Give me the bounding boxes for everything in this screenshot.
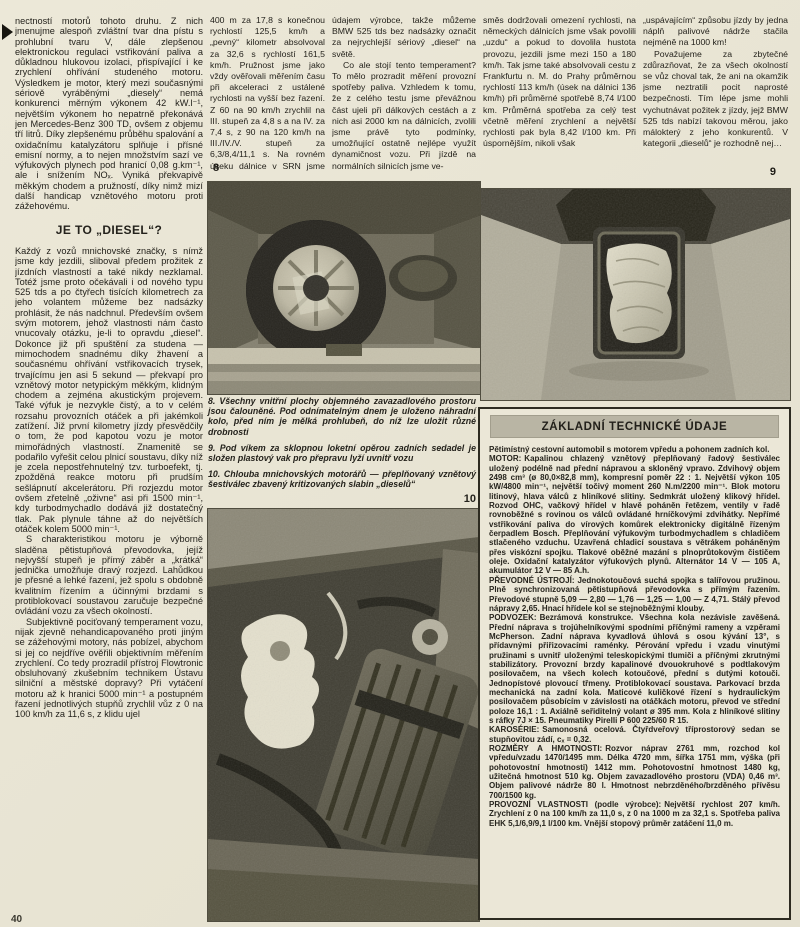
tech-section-karoserie: KAROSÉRIE:Samonosná ocelová. Čtyřdveřový… bbox=[489, 725, 780, 744]
tech-text: Kapalinou chlazený vznětový přeplňovaný … bbox=[489, 454, 780, 575]
body-paragraph: Považujeme za zbytečné zdůrazňovat, že z… bbox=[643, 49, 788, 150]
technical-data-title: ZÁKLADNÍ TECHNICKÉ ÚDAJE bbox=[490, 415, 779, 438]
photo-10-engine-bay bbox=[207, 508, 480, 922]
tech-label: PŘEVODNÉ ÚSTROJÍ: bbox=[489, 576, 574, 585]
magazine-page: ▶ nectností motorů tohoto druhu. Z nich … bbox=[0, 0, 800, 927]
technical-data-body: Pětimístný cestovní automobil s motorem … bbox=[489, 445, 780, 828]
technical-data-box: ZÁKLADNÍ TECHNICKÉ ÚDAJE Pětimístný cest… bbox=[478, 407, 791, 920]
tech-text: Bezrámová konstrukce. Všechna kola nezáv… bbox=[489, 613, 780, 725]
tech-intro: Pětimístný cestovní automobil s motorem … bbox=[489, 445, 780, 454]
photo-9-ski-sack bbox=[480, 188, 791, 401]
caption-photo-9: 9. Pod víkem za sklopnou loketní opěrou … bbox=[208, 443, 476, 463]
photo-captions: 8. Všechny vnitřní plochy objemného zava… bbox=[208, 396, 476, 504]
tech-label: MOTOR: bbox=[489, 454, 521, 463]
tech-label: ROZMĚRY A HMOTNOSTI: bbox=[489, 744, 602, 753]
body-paragraph: S charakteristikou motoru je výborně sla… bbox=[15, 534, 203, 616]
body-paragraph: Subjektivně pociťovaný temperament vozu,… bbox=[15, 617, 203, 720]
tech-section-rozmery: ROZMĚRY A HMOTNOSTI:Rozvor náprav 2761 m… bbox=[489, 744, 780, 800]
caption-photo-8: 8. Všechny vnitřní plochy objemného zava… bbox=[208, 396, 476, 437]
tech-section-motor: MOTOR:Kapalinou chlazený vznětový přeplň… bbox=[489, 454, 780, 575]
article-column-2: 400 m za 17,8 s konečnou rychlostí 125,5… bbox=[210, 15, 325, 173]
body-paragraph: nectností motorů tohoto druhu. Z nich jm… bbox=[15, 16, 203, 212]
article-column-4: směs dodržovali omezení rychlosti, na ně… bbox=[483, 15, 636, 187]
body-paragraph: 400 m za 17,8 s konečnou rychlostí 125,5… bbox=[210, 15, 325, 173]
photo-8-trunk-spare-wheel bbox=[207, 181, 481, 395]
tech-label: KAROSÉRIE: bbox=[489, 725, 539, 734]
article-column-5: „uspávajícím“ způsobu jízdy by jedna náp… bbox=[643, 15, 788, 165]
tech-label: PROVOZNÍ VLASTNOSTI (podle výrobce): bbox=[489, 800, 661, 809]
body-paragraph: Každý z vozů mnichovské značky, s nímž j… bbox=[15, 246, 203, 534]
tech-section-podvozek: PODVOZEK:Bezrámová konstrukce. Všechna k… bbox=[489, 613, 780, 725]
photo-9-number: 9 bbox=[643, 166, 776, 178]
section-heading: JE TO „DIESEL“? bbox=[15, 225, 203, 235]
continuation-arrow-icon: ▶ bbox=[2, 24, 13, 40]
body-paragraph: směs dodržovali omezení rychlosti, na ně… bbox=[483, 15, 636, 149]
photo-9-image bbox=[480, 188, 791, 401]
article-column-1: nectností motorů tohoto druhu. Z nich jm… bbox=[15, 16, 203, 914]
photo-10-image bbox=[207, 508, 480, 922]
photo-8-number: 8 bbox=[213, 162, 219, 174]
caption-photo-10: 10. Chlouba mnichovských motorářů — přep… bbox=[208, 469, 476, 489]
tech-section-provozni: PROVOZNÍ VLASTNOSTI (podle výrobce):Nejv… bbox=[489, 800, 780, 828]
tech-label: PODVOZEK: bbox=[489, 613, 537, 622]
body-paragraph: Co ale stojí tento temperament? To mělo … bbox=[332, 60, 476, 172]
body-paragraph: „uspávajícím“ způsobu jízdy by jedna náp… bbox=[643, 15, 788, 49]
body-paragraph: údajem výrobce, takže můžeme BMW 525 tds… bbox=[332, 15, 476, 60]
photo-8-image bbox=[207, 181, 481, 395]
tech-section-prevodne-ustroji: PŘEVODNÉ ÚSTROJÍ:Jednokotoučová suchá sp… bbox=[489, 576, 780, 613]
photo-10-number: 10 bbox=[208, 494, 476, 504]
page-number: 40 bbox=[11, 914, 22, 925]
